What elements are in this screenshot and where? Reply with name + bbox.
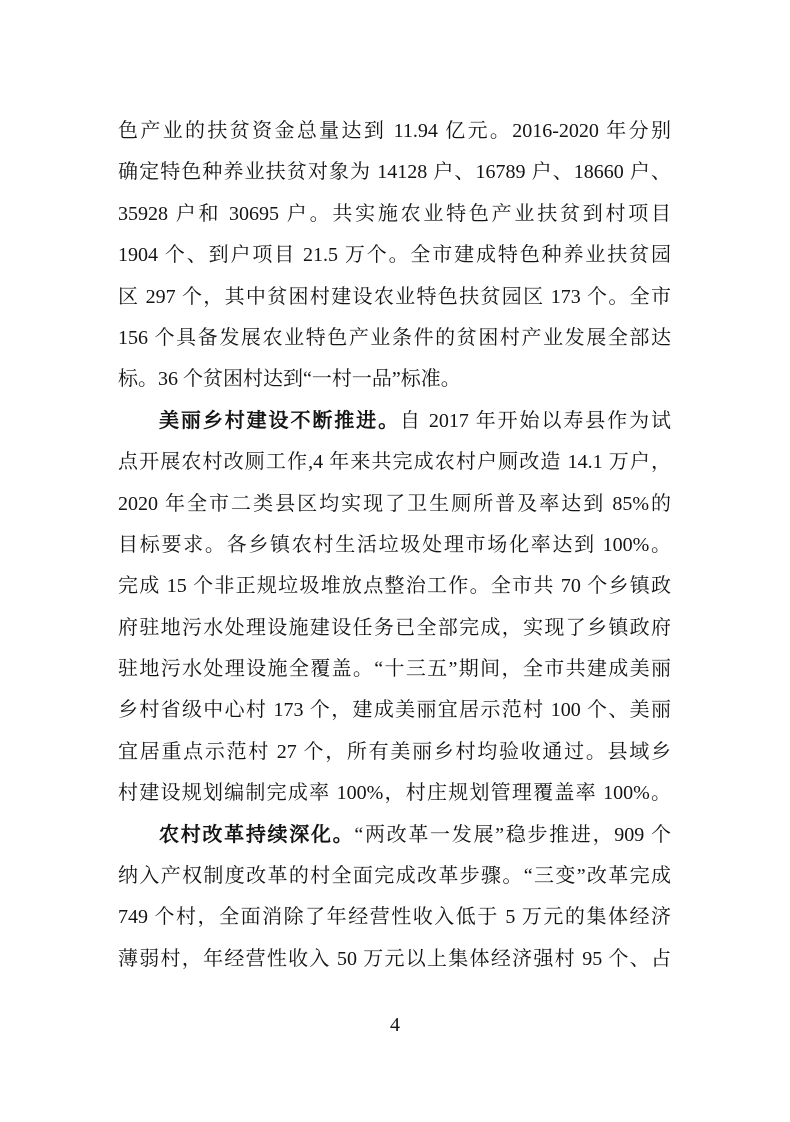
paragraph-lead-bold: 农村改革持续深化。 <box>159 824 354 846</box>
text-segment: 宜居重点示范村 27 个，所有美丽乡村均验收通过。县域乡 <box>118 741 671 763</box>
text-segment: 2020 年全市二类县区均实现了卫生厕所普及率达到 85%的 <box>118 493 671 515</box>
text-segment: 区 297 个，其中贫困村建设农业特色扶贫园区 173 个。全市 <box>118 286 671 308</box>
text-line: 标。36 个贫困村达到“一村一品”标准。 <box>118 359 671 400</box>
page-number: 4 <box>0 1011 790 1039</box>
text-line: 区 297 个，其中贫困村建设农业特色扶贫园区 173 个。全市 <box>118 277 671 318</box>
text-line: 1904 个、到户项目 21.5 万个。全市建成特色种养业扶贫园 <box>118 235 671 276</box>
text-line: 乡村省级中心村 173 个，建成美丽宜居示范村 100 个、美丽 <box>118 690 671 731</box>
text-segment: 薄弱村，年经营性收入 50 万元以上集体经济强村 95 个、占 <box>118 948 671 970</box>
text-line: 宜居重点示范村 27 个，所有美丽乡村均验收通过。县域乡 <box>118 732 671 773</box>
text-segment: 纳入产权制度改革的村全面完成改革步骤。“三变”改革完成 <box>118 865 671 887</box>
text-segment: 确定特色种养业扶贫对象为 14128 户、16789 户、18660 户、 <box>118 161 671 183</box>
text-line: 府驻地污水处理设施建设任务已全部完成，实现了乡镇政府 <box>118 608 671 649</box>
text-segment: 自 2017 年开始以寿县作为试 <box>400 410 671 432</box>
document-body: 色产业的扶贫资金总量达到 11.94 亿元。2016-2020 年分别确定特色种… <box>118 111 671 980</box>
text-line: 确定特色种养业扶贫对象为 14128 户、16789 户、18660 户、 <box>118 152 671 193</box>
text-line: 156 个具备发展农业特色产业条件的贫困村产业发展全部达 <box>118 318 671 359</box>
text-line: 2020 年全市二类县区均实现了卫生厕所普及率达到 85%的 <box>118 484 671 525</box>
paragraph-lead-bold: 美丽乡村建设不断推进。 <box>159 410 400 432</box>
text-line: 纳入产权制度改革的村全面完成改革步骤。“三变”改革完成 <box>118 856 671 897</box>
text-segment: 749 个村，全面消除了年经营性收入低于 5 万元的集体经济 <box>118 906 671 928</box>
text-line: 村建设规划编制完成率 100%，村庄规划管理覆盖率 100%。 <box>118 773 671 814</box>
text-line: 点开展农村改厕工作,4 年来共完成农村户厕改造 14.1 万户， <box>118 442 671 483</box>
text-segment: 驻地污水处理设施全覆盖。“十三五”期间，全市共建成美丽 <box>118 658 671 680</box>
text-line: 目标要求。各乡镇农村生活垃圾处理市场化率达到 100%。 <box>118 525 671 566</box>
text-line: 薄弱村，年经营性收入 50 万元以上集体经济强村 95 个、占 <box>118 939 671 980</box>
text-segment: 村建设规划编制完成率 100%，村庄规划管理覆盖率 100%。 <box>118 782 671 804</box>
text-line: 美丽乡村建设不断推进。自 2017 年开始以寿县作为试 <box>118 401 671 442</box>
text-segment: 完成 15 个非正规垃圾堆放点整治工作。全市共 70 个乡镇政 <box>118 575 671 597</box>
text-segment: 色产业的扶贫资金总量达到 11.94 亿元。2016-2020 年分别 <box>118 120 671 142</box>
text-segment: 目标要求。各乡镇农村生活垃圾处理市场化率达到 100%。 <box>118 534 671 556</box>
text-line: 驻地污水处理设施全覆盖。“十三五”期间，全市共建成美丽 <box>118 649 671 690</box>
text-line: 农村改革持续深化。“两改革一发展”稳步推进，909 个 <box>118 815 671 856</box>
text-line: 35928 户和 30695 户。共实施农业特色产业扶贫到村项目 <box>118 194 671 235</box>
text-segment: 乡村省级中心村 173 个，建成美丽宜居示范村 100 个、美丽 <box>118 699 671 721</box>
text-segment: 府驻地污水处理设施建设任务已全部完成，实现了乡镇政府 <box>118 617 671 639</box>
text-line: 完成 15 个非正规垃圾堆放点整治工作。全市共 70 个乡镇政 <box>118 566 671 607</box>
text-segment: “两改革一发展”稳步推进，909 个 <box>354 824 671 846</box>
text-segment: 35928 户和 30695 户。共实施农业特色产业扶贫到村项目 <box>118 203 671 225</box>
document-page: 色产业的扶贫资金总量达到 11.94 亿元。2016-2020 年分别确定特色种… <box>0 0 790 1122</box>
text-segment: 156 个具备发展农业特色产业条件的贫困村产业发展全部达 <box>118 327 671 349</box>
text-segment: 1904 个、到户项目 21.5 万个。全市建成特色种养业扶贫园 <box>118 244 671 266</box>
text-line: 色产业的扶贫资金总量达到 11.94 亿元。2016-2020 年分别 <box>118 111 671 152</box>
text-segment: 点开展农村改厕工作,4 年来共完成农村户厕改造 14.1 万户， <box>118 451 671 473</box>
text-line: 749 个村，全面消除了年经营性收入低于 5 万元的集体经济 <box>118 897 671 938</box>
text-segment: 标。36 个贫困村达到“一村一品”标准。 <box>118 368 461 390</box>
